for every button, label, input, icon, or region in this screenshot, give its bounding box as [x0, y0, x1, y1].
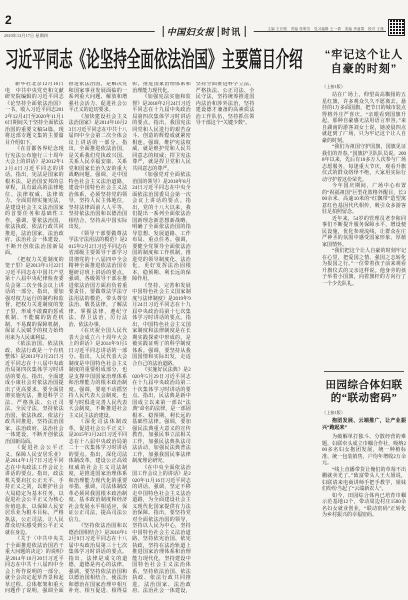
garden-article-lead: 抱团发展、云端推广，让产业振兴“跑起来”	[322, 419, 406, 432]
paragraph: 《把权力关进制度的笼子里》是2013年1月22日习近平同志在中国共产党第十八届中…	[5, 258, 64, 343]
garden-article-headline: 田园综合体妇联的“联动密码”	[322, 379, 406, 405]
newspaper-page: 2 2020年12月17日 星期四 中国妇女报 时讯 主编 王长路 责编 张明芳…	[0, 0, 408, 600]
main-headline: 习近平同志《论坚持全面依法治国》主要篇目介绍	[5, 46, 303, 74]
paragraph: 今年国庆期间，广场中心布置的“祝福祖国”巨型花篮格外醒目，长300余米、高逾10…	[322, 184, 406, 217]
quote-article-body: 站在广场上，仰望高高飘扬的五星红旗，许多观众久久不愿离去。悬挂的1万多面国旗，把…	[322, 93, 406, 288]
continuation-note: （上接1版）	[322, 410, 406, 416]
paragraph: 为破解单打独斗、分散经营的难题，妇联牵头成立巾帼合作社，吸纳200多名妇女抱团发…	[322, 435, 406, 468]
paragraph: “我们把这个让人自豪的时刻牢记在心里，把爱国之情、强国之志转化为报国之行。”一位…	[322, 249, 406, 288]
paragraph: 《促进社会公平正义、保障人民安居乐业》是2014年1月7日习近平同志在中央政法工…	[5, 446, 64, 537]
garden-article: 田园综合体妇联的“联动密码” （上接1版） 抱团发展、云端推广，让产业振兴“跑起…	[322, 379, 406, 597]
quote-article: “牢记这个让人自豪的时刻” （上接1版） 站在广场上，仰望高高飘扬的五星红旗，许…	[322, 48, 406, 366]
main-article-body: 新华社北京12月16日电 中共中央党史和文献研究院编辑的习近平同志《论坚持全面依…	[5, 82, 318, 596]
paragraph: 《加强党对全面依法治国的领导》是2018年8月24日习近平同志在中央全面依法治国…	[132, 173, 191, 284]
section-label: 时讯	[221, 25, 241, 38]
paragraph: 近年来，54岁的管理员老李和同事们不断提升服务保障水平，增设便民设施，优化参观流…	[322, 217, 406, 250]
column-divider	[324, 371, 404, 372]
editor-credits: 主编 王长路 责编 张明芳 见习编辑 王一倩 美编 李凌霄 校对 王谨	[268, 26, 384, 31]
garden-article-body: 为破解单打独斗、分散经营的难题，妇联牵头成立巾帼合作社，吸纳200多名妇女抱团发…	[322, 435, 406, 520]
paragraph: “我们为祖国守护国旗，国旗见证我们的青春。”国旗护卫队队员说。2008年以来，先…	[322, 145, 406, 184]
continuation-note: （上接1版）	[322, 84, 406, 90]
paragraph: 《加强宪法实施和监督》是2018年2月24日习近平同志在十九届中央政治局第四次集…	[132, 95, 191, 173]
page-header: 2 2020年12月17日 星期四 中国妇女报 时讯 主编 王长路 责编 张明芳…	[0, 0, 408, 38]
paragraph: 《在庆祝全国人民代表大会成立六十周年大会上的讲话》是2014年9月5日习近平同志…	[69, 329, 128, 420]
page-number: 2	[5, 14, 12, 26]
masthead-title: 中国妇女报	[167, 25, 215, 38]
main-headline-wrap: 习近平同志《论坚持全面依法治国》主要篇目介绍	[5, 46, 318, 76]
masthead: 中国妇女报 时讯	[155, 24, 254, 38]
paragraph: 《实施好民法典》是2020年5月29日习近平同志在十九届中央政治局第二十次集体学…	[132, 368, 191, 466]
masthead-bar	[163, 26, 164, 37]
paragraph: 《在首都各界纪念现行宪法公布施行三十周年大会上的讲话》是2012年12月4日习近…	[5, 147, 64, 258]
masthead-bar	[217, 26, 218, 37]
masthead-bar	[244, 26, 245, 37]
date-line: 2020年12月17日 星期四	[4, 33, 48, 39]
paragraph: 《加快建设社会主义法治国家》是2014年10月23日习近平同志在中共十八届四中全…	[69, 115, 128, 232]
paragraph: 《坚持、完善和发展中国特色社会主义国家制度与法律制度》是2019年9月24日习近…	[132, 284, 191, 369]
paragraph: 如今，田园综合体内已培育巾帼示范基地12个，带动周边村庄1500余名妇女就业创业…	[322, 494, 406, 520]
qr-code-icon	[388, 19, 405, 36]
paragraph: 《领导干部要做尊法学法守法用法的模范》是2015年2月2日习近平同志在省部级主要…	[69, 232, 128, 330]
paragraph: 新华社北京12月16日电 中共中央党史和文献研究院编辑的习近平同志《论坚持全面依…	[5, 82, 64, 147]
quote-article-headline: “牢记这个让人自豪的时刻”	[322, 48, 406, 76]
paragraph: 《深化司法体制改革，促进社会公平正义》是2015年3月24日习近平同志在十八届中…	[69, 420, 128, 524]
paragraph: “线上直播带货让俺们的草莓不出棚就卖光了。”致富带头人王大姐说，妇联请来电商讲师…	[322, 468, 406, 494]
paragraph: 《依法治国、依法执政、依法行政是一个有机整体》是2013年2月23日习近平同志在…	[5, 342, 64, 446]
paragraph: 站在广场上，仰望高高飘扬的五星红旗，许多观众久久不愿离去。悬挂的1万多面国旗，把…	[322, 93, 406, 145]
